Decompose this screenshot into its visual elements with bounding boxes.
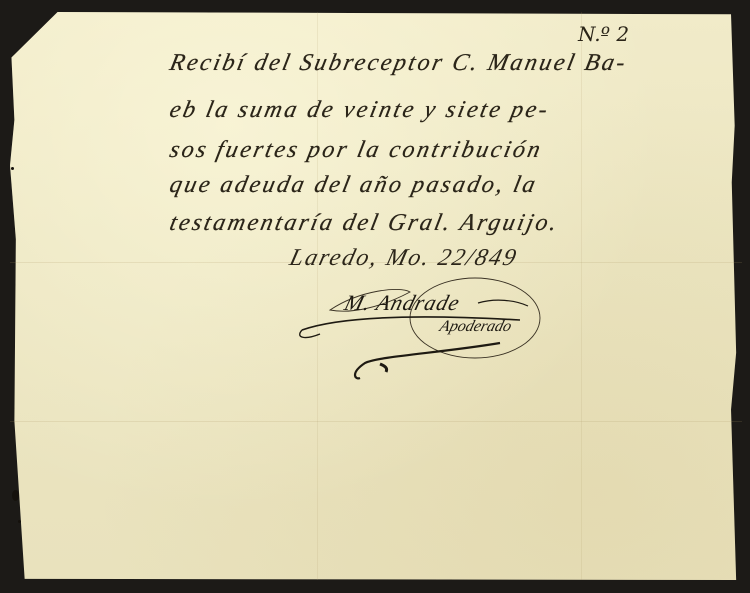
body-line-3: sos fuertes por la contribución [167,137,545,164]
signature-name: M. Andrade [342,290,464,316]
body-line-1: Recibí del Subreceptor C. Manuel Ba- [167,50,630,77]
body-line-5: testamentaría del Gral. Arguijo. [167,210,561,237]
document-number: N.º 2 [578,22,629,46]
body-line-4: que adeuda del año pasado, la [167,172,540,199]
ink-spot [12,490,19,501]
signature-block: M. Andrade Apoderado [290,268,560,393]
body-line-2: eb la suma de veinte y siete pe- [167,97,552,124]
signature-flourish-icon [290,268,560,393]
ink-spot [18,520,21,523]
ink-spot [11,167,14,170]
signature-title: Apoderado [438,318,514,336]
